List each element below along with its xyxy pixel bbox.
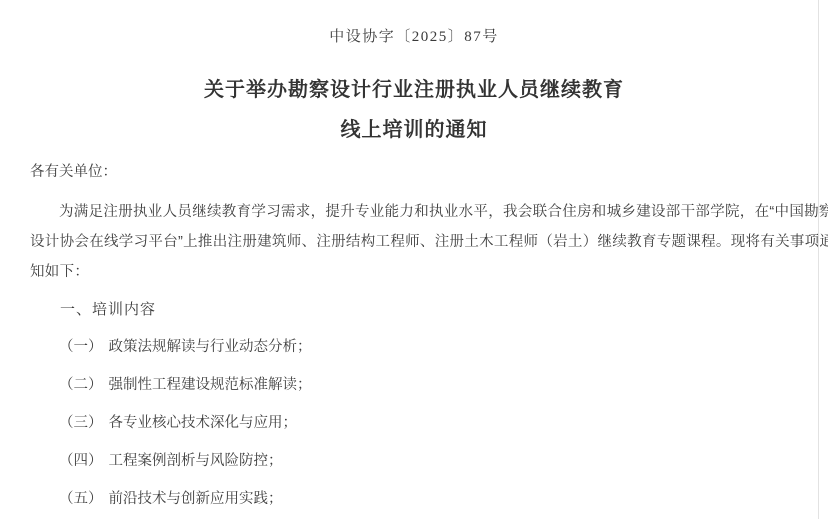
list-item-number: （四） [59, 453, 103, 469]
list-item: （四）工程案例剖析与风险防控； [59, 451, 798, 471]
section-heading-training-content: 一、培训内容 [60, 300, 798, 320]
list-item-text: 各专业核心技术深化与应用； [109, 415, 298, 431]
intro-line: 为满足注册执业人员继续教育学习需求，提升专业能力和执业水平，我会联合住房和城乡建… [30, 197, 798, 227]
list-item-text: 前沿技术与创新应用实践； [109, 491, 283, 507]
document-content: 中设协字〔2025〕87号 关于举办勘察设计行业注册执业人员继续教育 线上培训的… [0, 0, 828, 509]
list-item-number: （二） [59, 377, 103, 393]
list-item: （五）前沿技术与创新应用实践； [59, 489, 798, 509]
list-item-number: （三） [59, 415, 103, 431]
training-content-list: （一）政策法规解读与行业动态分析； （二）强制性工程建设规范标准解读； （三）各… [30, 337, 798, 509]
notice-title-line-2: 线上培训的通知 [30, 118, 798, 142]
content-right-border [818, 0, 819, 519]
list-item-number: （一） [59, 339, 103, 355]
list-item-text: 强制性工程建设规范标准解读； [109, 377, 312, 393]
list-item-text: 工程案例剖析与风险防控； [109, 453, 283, 469]
intro-paragraph: 为满足注册执业人员继续教育学习需求，提升专业能力和执业水平，我会联合住房和城乡建… [30, 197, 798, 287]
salutation: 各有关单位： [30, 163, 798, 181]
intro-line: 知如下： [30, 257, 798, 287]
list-item-text: 政策法规解读与行业动态分析； [109, 339, 312, 355]
notice-title-line-1: 关于举办勘察设计行业注册执业人员继续教育 [30, 78, 798, 102]
list-item-number: （五） [59, 491, 103, 507]
notice-document-page: 中设协字〔2025〕87号 关于举办勘察设计行业注册执业人员继续教育 线上培训的… [0, 0, 828, 519]
list-item: （一）政策法规解读与行业动态分析； [59, 337, 798, 357]
document-number: 中设协字〔2025〕87号 [30, 28, 798, 46]
intro-line: 设计协会在线学习平台”上推出注册建筑师、注册结构工程师、注册土木工程师（岩土）继… [30, 227, 798, 257]
list-item: （三）各专业核心技术深化与应用； [59, 413, 798, 433]
list-item: （二）强制性工程建设规范标准解读； [59, 375, 798, 395]
